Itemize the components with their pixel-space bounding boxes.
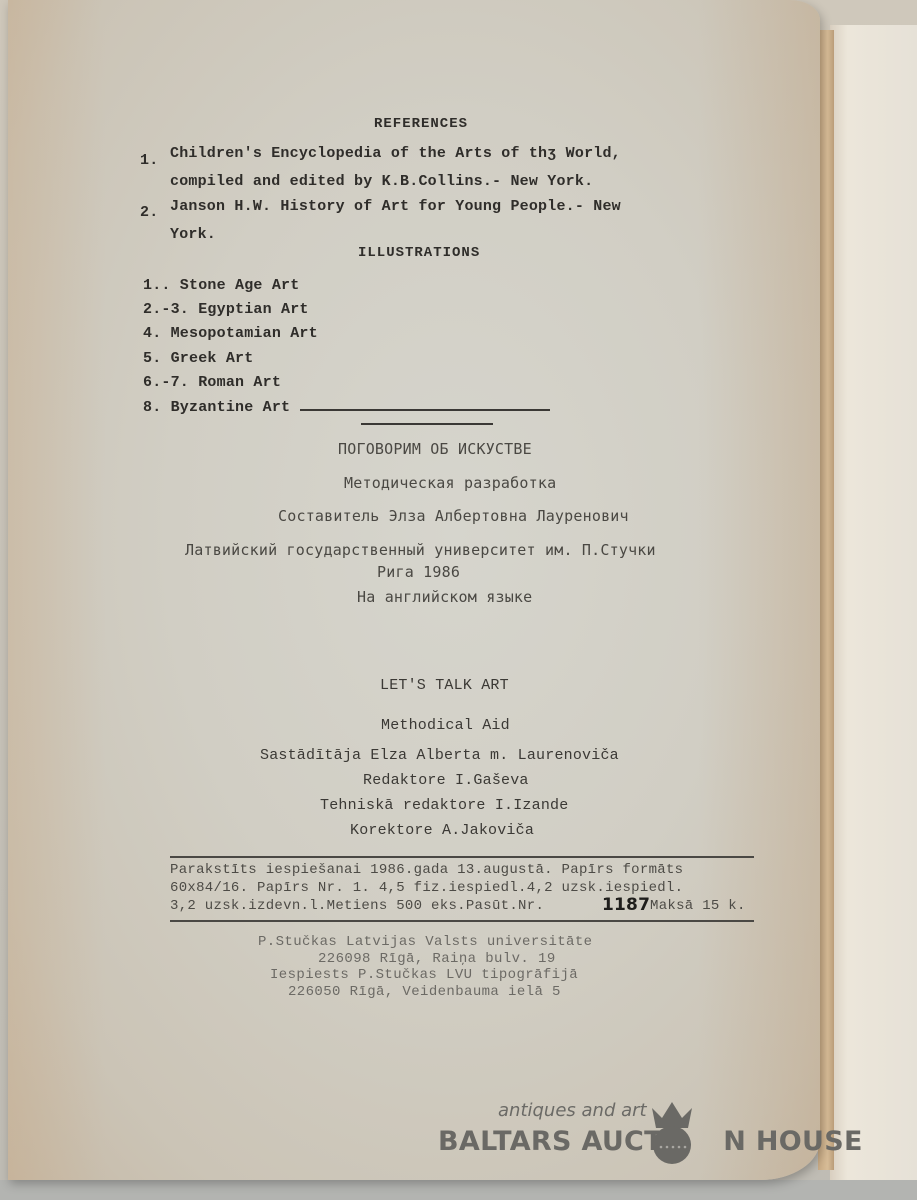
- russian-university: Латвийский государственный университет и…: [185, 541, 656, 559]
- publisher-line-1: P.Stučkas Latvijas Valsts universitāte: [258, 934, 592, 950]
- russian-compiler: Составитель Элза Албертовна Лауренович: [278, 507, 629, 525]
- russian-subtitle: Методическая разработка: [344, 474, 556, 492]
- publisher-line-3: Iespiests P.Stučkas LVU tipogrāfijā: [270, 967, 578, 983]
- illustrations-heading: ILLUSTRATIONS: [358, 245, 480, 261]
- russian-title: ПОГОВОРИМ ОБ ИСКУСТВЕ: [338, 440, 532, 458]
- print-details-line-1: Parakstīts iespiešanai 1986.gada 13.augu…: [170, 862, 683, 878]
- watermark-name-right: N HOUSE: [723, 1126, 862, 1157]
- auction-house-watermark: antiques and art BALTARS AUCTIN HOUSE: [438, 1100, 838, 1170]
- illustration-item: 1.. Stone Age Art: [143, 277, 299, 294]
- publisher-line-4: 226050 Rīgā, Veidenbauma ielā 5: [288, 984, 561, 1000]
- box-top-rule: [170, 856, 754, 858]
- print-details-line-2: 60x84/16. Papīrs Nr. 1. 4,5 fiz.iespiedl…: [170, 880, 683, 896]
- latvian-editor: Redaktore I.Gaševa: [363, 772, 529, 789]
- watermark-tagline: antiques and art: [498, 1100, 647, 1121]
- illustration-item: 4. Mesopotamian Art: [143, 325, 318, 342]
- latvian-proofreader: Korektore A.Jakoviča: [350, 822, 534, 839]
- separator-rule: [300, 409, 550, 411]
- separator-rule-short: [361, 423, 493, 425]
- next-page-edge: [830, 25, 917, 1200]
- reference-2-number: 2.: [140, 204, 158, 221]
- handwritten-order-number: 1187: [602, 895, 650, 915]
- watermark-name-left: BALTARS AUCTI: [438, 1126, 673, 1157]
- references-heading: REFERENCES: [374, 116, 468, 132]
- publisher-line-2: 226098 Rīgā, Raiņa bulv. 19: [318, 951, 556, 967]
- reference-1-line-2: compiled and edited by K.B.Collins.- New…: [170, 173, 593, 190]
- reference-2-line-1: Janson H.W. History of Art for Young Peo…: [170, 198, 621, 215]
- latvian-compiler: Sastādītāja Elza Alberta m. Laurenoviča: [260, 747, 619, 764]
- reference-1-number: 1.: [140, 152, 158, 169]
- table-surface: [0, 1180, 917, 1200]
- illustration-item: 5. Greek Art: [143, 350, 253, 367]
- document-page: REFERENCES 1. Children's Encyclopedia of…: [8, 0, 820, 1180]
- reference-2-line-2: York.: [170, 226, 216, 243]
- reference-1-line-1: Children's Encyclopedia of the Arts of t…: [170, 145, 621, 162]
- crown-orb-icon: [646, 1100, 698, 1166]
- illustration-item: 6.-7. Roman Art: [143, 374, 281, 391]
- page-stack-edge: [818, 30, 834, 1170]
- illustration-item: 8. Byzantine Art: [143, 399, 290, 416]
- latvian-tech-editor: Tehniskā redaktore I.Izande: [320, 797, 568, 814]
- print-details-line-3: 3,2 uzsk.izdevn.l.Metiens 500 eks.Pasūt.…: [170, 898, 544, 914]
- illustration-item: 2.-3. Egyptian Art: [143, 301, 309, 318]
- price: Maksā 15 k.: [650, 898, 746, 914]
- english-title: LET'S TALK ART: [380, 677, 509, 694]
- english-subtitle: Methodical Aid: [381, 717, 510, 734]
- russian-city-year: Рига 1986: [377, 563, 460, 581]
- russian-language-note: На английском языке: [357, 588, 532, 606]
- box-bottom-rule: [170, 920, 754, 922]
